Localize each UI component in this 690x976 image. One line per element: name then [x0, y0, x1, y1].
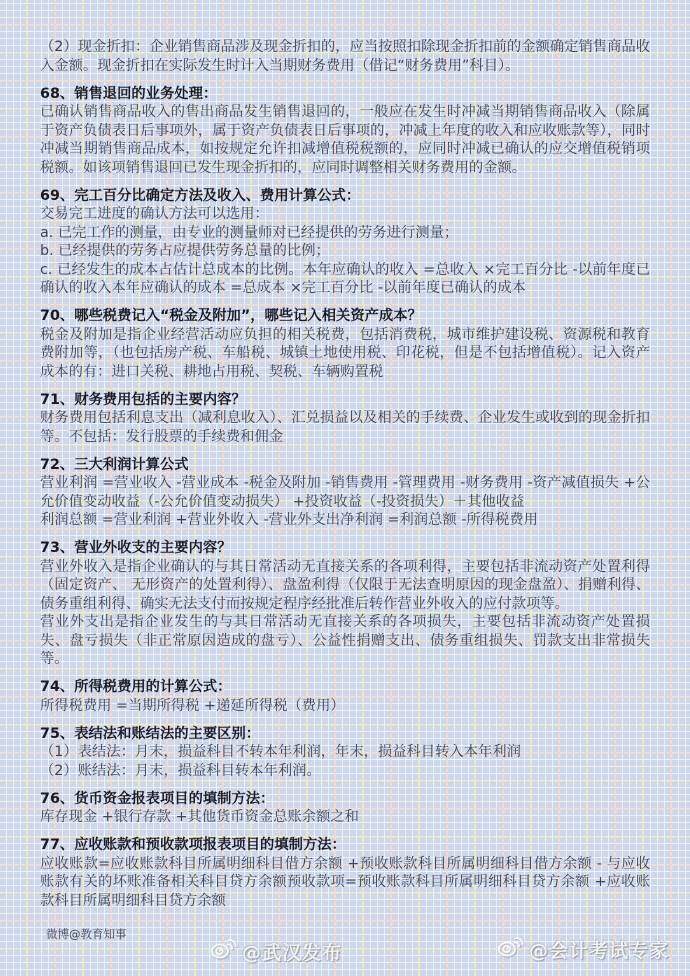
watermark-text: @武汉发布 [242, 938, 342, 965]
weibo-icon [210, 938, 237, 965]
section-heading: 73、营业外收支的主要内容？ [40, 539, 650, 558]
note-section: 69、完工百分比确定方法及收入、费用计算公式：交易完工进度的确认方法可以选用：a… [40, 187, 650, 298]
section-heading: 74、所得税费用的计算公式： [40, 678, 650, 697]
weibo-icon [497, 936, 524, 963]
section-heading: 76、货币资金报表项目的填制方法： [40, 790, 650, 809]
note-section: 75、表结法和账结法的主要区别：（1）表结法：月末，损益科目不转本年利润，年末，… [40, 725, 650, 781]
section-heading: 70、哪些税费记入“税金及附加”，哪些记入相关资产成本？ [40, 307, 650, 326]
watermark-kuaijikaoshi: @会计考试专家 [497, 936, 669, 963]
intro-paragraph: （2）现金折扣：企业销售商品涉及现金折扣的，应当按照扣除现金折扣前的金额确定销售… [40, 38, 650, 75]
section-paragraph: b. 已经提供的劳务占应提供劳务总量的比例； [40, 242, 650, 261]
note-section: 73、营业外收支的主要内容？营业外收入是指企业确认的与其日常活动无直接关系的各项… [40, 539, 650, 669]
note-section: 70、哪些税费记入“税金及附加”，哪些记入相关资产成本？税金及附加是指企业经营活… [40, 307, 650, 381]
section-paragraph: 营业利润 =营业收入 -营业成本 -税金及附加 -销售费用 -管理费用 -财务费… [40, 474, 650, 511]
section-heading: 71、财务费用包括的主要内容？ [40, 391, 650, 410]
note-section: 72、三大利润计算公式营业利润 =营业收入 -营业成本 -税金及附加 -销售费用… [40, 456, 650, 530]
notes-content: （2）现金折扣：企业销售商品涉及现金折扣的，应当按照扣除现金折扣前的金额确定销售… [0, 0, 690, 941]
sections-container: 68、销售退回的业务处理：已确认销售商品收入的售出商品发生销售退回的，一般应在发… [40, 85, 650, 911]
note-section: 77、应收账款和预收款项报表项目的填制方法：应收账款=应收账款科目所属明细科目借… [40, 836, 650, 910]
section-paragraph: 营业外支出是指企业发生的与其日常活动无直接关系的各项损失，主要包括非流动资产处置… [40, 613, 650, 669]
section-paragraph: 已确认销售商品收入的售出商品发生销售退回的，一般应在发生时冲减当期销售商品收入（… [40, 103, 650, 177]
watermark-text: @会计考试专家 [529, 936, 669, 963]
section-paragraph: 营业外收入是指企业确认的与其日常活动无直接关系的各项利得，主要包括非流动资产处置… [40, 558, 650, 614]
note-section: 76、货币资金报表项目的填制方法：库存现金 +银行存款 +其他货币资金总账余额之… [40, 790, 650, 827]
section-heading: 68、销售退回的业务处理： [40, 85, 650, 104]
section-heading: 69、完工百分比确定方法及收入、费用计算公式： [40, 187, 650, 206]
section-paragraph: a. 已完工作的测量，由专业的测量师对已经提供的劳务进行测量； [40, 224, 650, 243]
section-paragraph: 所得税费用 =当期所得税 +递延所得税（费用） [40, 697, 650, 716]
note-section: 68、销售退回的业务处理：已确认销售商品收入的售出商品发生销售退回的，一般应在发… [40, 85, 650, 178]
section-paragraph: c. 已经发生的成本占估计总成本的比例。本年应确认的收入 =总收入 ×完工百分比… [40, 261, 650, 298]
section-paragraph: 交易完工进度的确认方法可以选用： [40, 205, 650, 224]
section-heading: 77、应收账款和预收款项报表项目的填制方法： [40, 836, 650, 855]
section-paragraph: （2）账结法：月末，损益科目转本年利润。 [40, 762, 650, 781]
section-paragraph: 利润总额 =营业利润 +营业外收入 -营业外支出净利润 =利润总额 -所得税费用 [40, 511, 650, 530]
section-paragraph: 财务费用包括利息支出（减利息收入）、汇兑损益以及相关的手续费、企业发生或收到的现… [40, 409, 650, 446]
section-paragraph: （1）表结法：月末，损益科目不转本年利润，年末，损益科目转入本年利润 [40, 743, 650, 762]
watermark-wuhanfabu: @武汉发布 [210, 938, 342, 965]
section-heading: 75、表结法和账结法的主要区别： [40, 725, 650, 744]
section-paragraph: 税金及附加是指企业经营活动应负担的相关税费，包括消费税，城市维护建设税、资源税和… [40, 326, 650, 382]
note-section: 71、财务费用包括的主要内容？财务费用包括利息支出（减利息收入）、汇兑损益以及相… [40, 391, 650, 447]
section-heading: 72、三大利润计算公式 [40, 456, 650, 475]
note-section: 74、所得税费用的计算公式：所得税费用 =当期所得税 +递延所得税（费用） [40, 678, 650, 715]
notes-page: （2）现金折扣：企业销售商品涉及现金折扣的，应当按照扣除现金折扣前的金额确定销售… [0, 0, 690, 976]
section-paragraph: 应收账款=应收账款科目所属明细科目借方余额 +预收账款科目所属明细科目借方余额 … [40, 855, 650, 911]
section-paragraph: 库存现金 +银行存款 +其他货币资金总账余额之和 [40, 808, 650, 827]
